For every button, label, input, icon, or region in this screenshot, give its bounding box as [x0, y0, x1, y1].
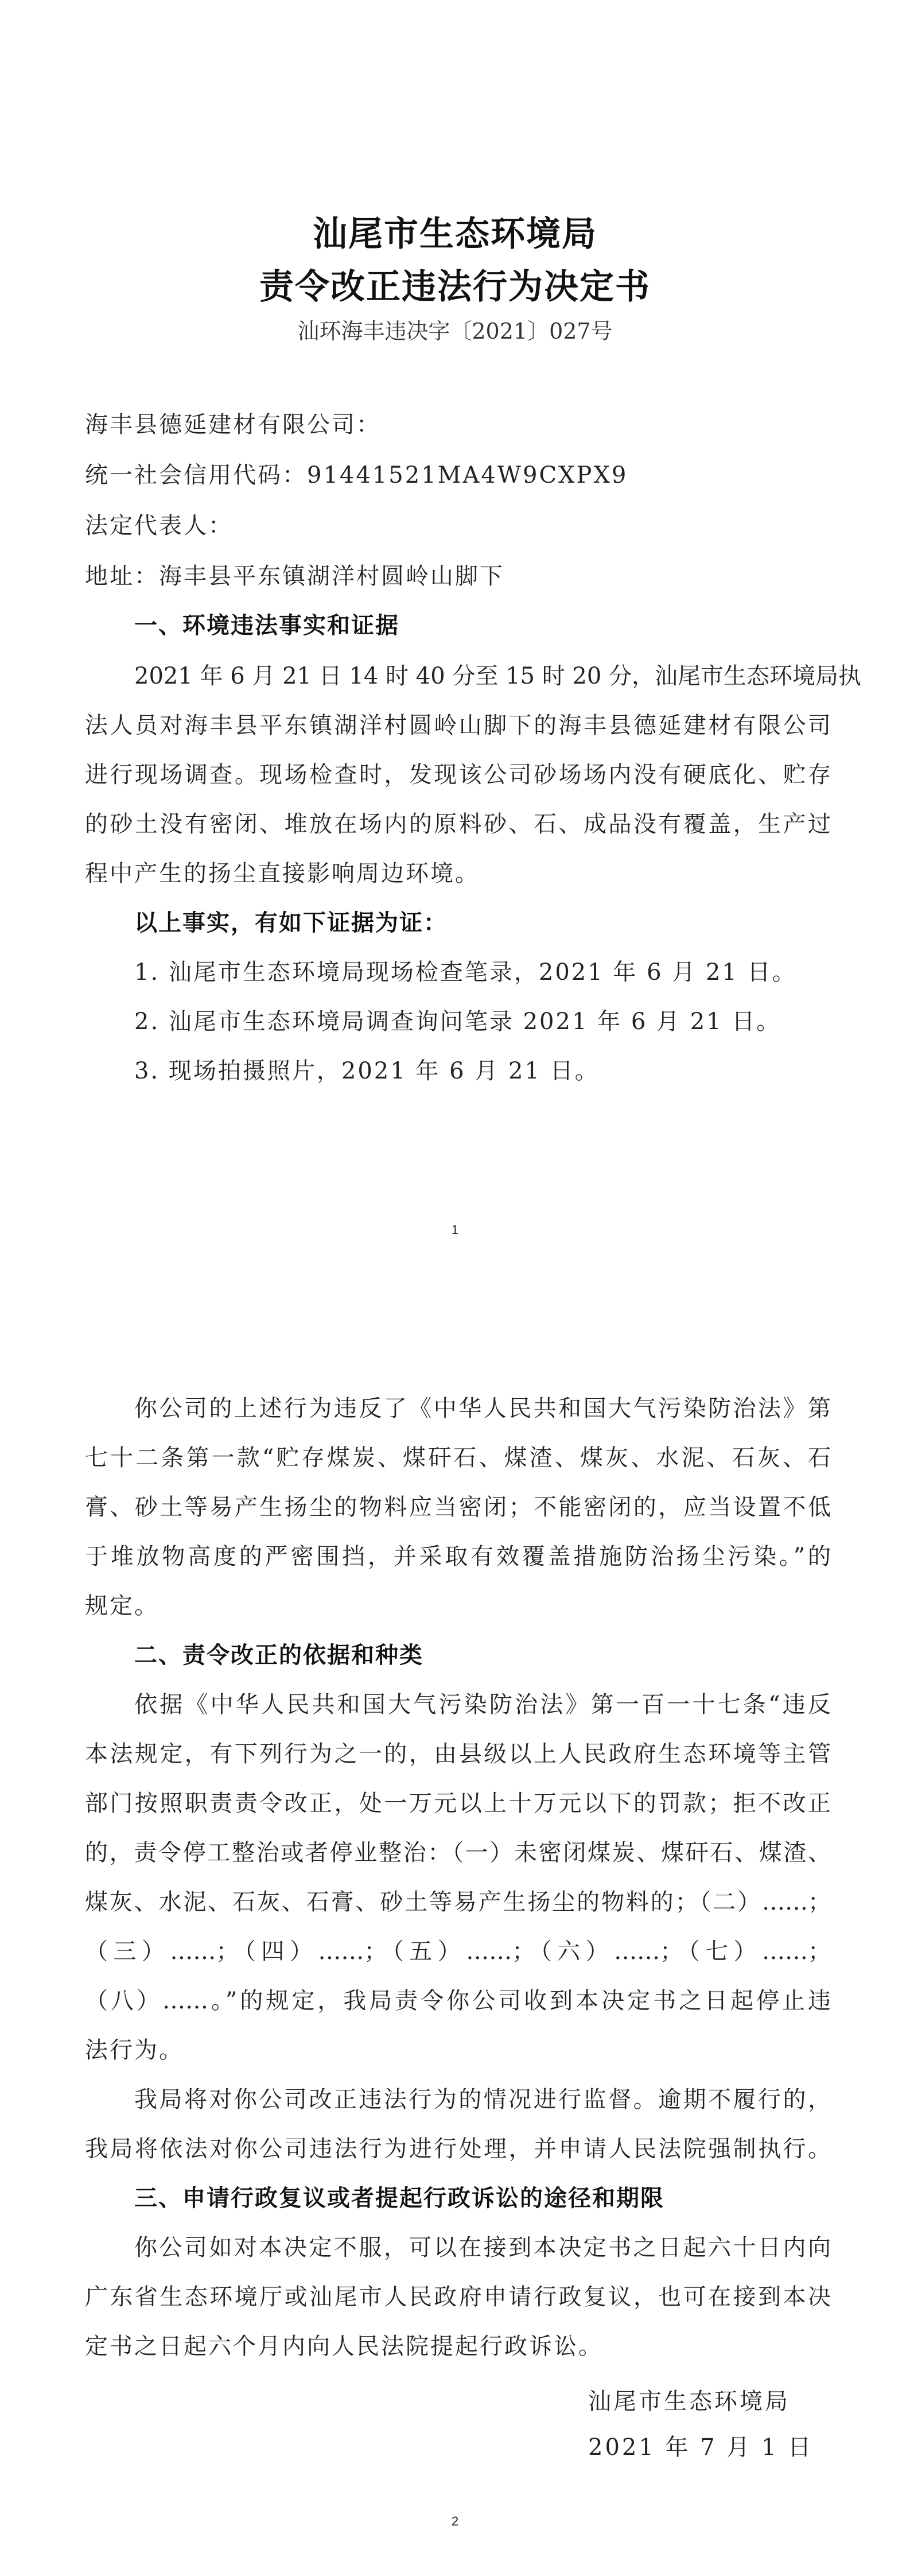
evidence-heading: 以上事实，有如下证据为证： [134, 909, 831, 937]
paragraph-line: 你公司如对本决定不服，可以在接到本决定书之日起六十日内向 [134, 2234, 831, 2261]
paragraph-line: 的砂土没有密闭、堆放在场内的原料砂、石、成品没有覆盖，生产过 [85, 810, 831, 838]
paragraph-line: 定书之日起六个月内向人民法院提起行政诉讼。 [85, 2333, 831, 2360]
issue-date: 2021 年 7 月 1 日 [588, 2434, 813, 2461]
page-subtitle: 责令改正违法行为决定书 [0, 259, 910, 309]
document-number: 汕环海丰违决字〔2021〕027号 [0, 313, 910, 345]
paragraph-line: 进行现场调查。现场检查时，发现该公司砂场场内没有硬底化、贮存 [85, 761, 831, 789]
paragraph-line: 我局将对你公司改正违法行为的情况进行监督。逾期不履行的， [134, 2086, 831, 2113]
recipient-credit-code: 统一社会信用代码：91441521MA4W9CXPX9 [85, 461, 831, 489]
paragraph-line: 本法规定，有下列行为之一的，由县级以上人民政府生态环境等主管 [85, 1740, 831, 1768]
recipient-company: 海丰县德延建材有限公司： [85, 411, 831, 439]
evidence-item: 1. 汕尾市生态环境局现场检查笔录，2021 年 6 月 21 日。 [134, 959, 831, 986]
paragraph-line: （三）……；（四）……；（五）……；（六）……；（七）……； [85, 1938, 831, 1965]
section-heading-appeal: 三、申请行政复议或者提起行政诉讼的途径和期限 [134, 2185, 831, 2212]
page-number: 2 [0, 2514, 910, 2529]
paragraph-line: （八）……。”的规定，我局责令你公司收到本决定书之日起停止违 [85, 1987, 831, 2015]
paragraph-line: 依据《中华人民共和国大气污染防治法》第一百一十七条“违反 [134, 1691, 831, 1718]
paragraph-line: 你公司的上述行为违反了《中华人民共和国大气污染防治法》第 [134, 1395, 831, 1422]
document: 汕尾市生态环境局 责令改正违法行为决定书 汕环海丰违决字〔2021〕027号 海… [0, 0, 910, 2576]
page-title: 汕尾市生态环境局 [0, 207, 910, 256]
paragraph-line: 部门按照职责责令改正，处一万元以上十万元以下的罚款；拒不改正 [85, 1790, 831, 1817]
recipient-address: 地址：海丰县平东镇湖洋村圆岭山脚下 [85, 562, 831, 590]
paragraph-line: 法行为。 [85, 2036, 831, 2064]
section-heading-facts: 一、环境违法事实和证据 [134, 612, 831, 639]
paragraph-line: 膏、砂土等易产生扬尘的物料应当密闭；不能密闭的，应当设置不低 [85, 1493, 831, 1521]
recipient-legal-rep: 法定代表人： [85, 512, 831, 540]
paragraph-line: 我局将依法对你公司违法行为进行处理，并申请人民法院强制执行。 [85, 2135, 831, 2163]
paragraph-line: 煤灰、水泥、石灰、石膏、砂土等易产生扬尘的物料的；（二）……； [85, 1888, 831, 1916]
section-heading-basis: 二、责令改正的依据和种类 [134, 1642, 831, 1669]
paragraph-line: 的，责令停工整治或者停业整治：（一）未密闭煤炭、煤矸石、煤渣、 [85, 1839, 831, 1867]
paragraph-line: 七十二条第一款“贮存煤炭、煤矸石、煤渣、煤灰、水泥、石灰、石 [85, 1444, 831, 1472]
paragraph-line: 于堆放物高度的严密围挡，并采取有效覆盖措施防治扬尘污染。”的 [85, 1543, 831, 1570]
evidence-item: 2. 汕尾市生态环境局调查询问笔录 2021 年 6 月 21 日。 [134, 1008, 831, 1035]
paragraph-line: 法人员对海丰县平东镇湖洋村圆岭山脚下的海丰县德延建材有限公司 [85, 712, 831, 739]
evidence-item: 3. 现场拍摄照片，2021 年 6 月 21 日。 [134, 1057, 831, 1085]
paragraph-line: 规定。 [85, 1592, 831, 1620]
paragraph-line: 广东省生态环境厅或汕尾市人民政府申请行政复议，也可在接到本决 [85, 2283, 831, 2311]
issuer-signature: 汕尾市生态环境局 [588, 2388, 790, 2415]
paragraph-line: 程中产生的扬尘直接影响周边环境。 [85, 860, 831, 887]
paragraph-line: 2021 年 6 月 21 日 14 时 40 分至 15 时 20 分，汕尾市… [134, 662, 831, 690]
page-number: 1 [0, 1223, 910, 1237]
